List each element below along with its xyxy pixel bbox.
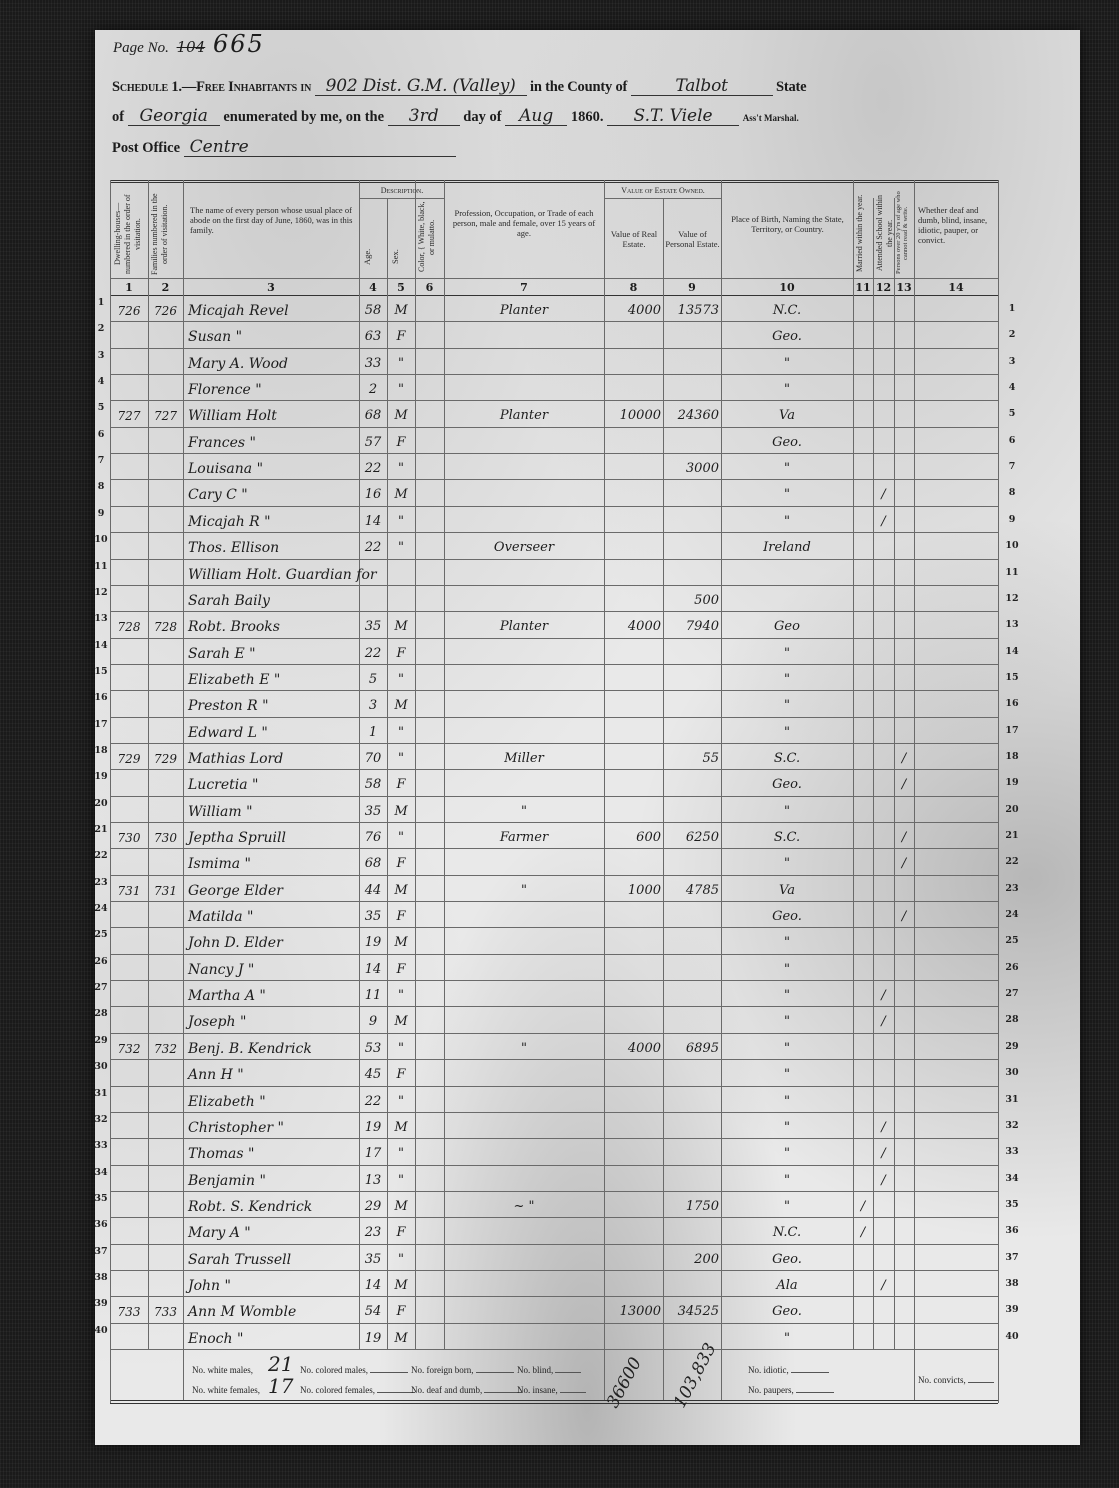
cell-birthplace: " bbox=[721, 488, 853, 502]
col-number: 1 bbox=[110, 281, 148, 295]
cell-age: 13 bbox=[359, 1174, 387, 1188]
col-header-illiterate: Persons over 20 y'rs of age who cannot r… bbox=[895, 190, 913, 276]
grid-line bbox=[110, 1033, 998, 1034]
cell-age: 58 bbox=[359, 778, 387, 792]
cell-sex: F bbox=[387, 857, 415, 871]
line-number-left: 26 bbox=[92, 956, 110, 967]
white-females-label: No. white females, bbox=[192, 1385, 260, 1395]
cell-illiterate: / bbox=[894, 910, 914, 924]
cell-real-estate: 4000 bbox=[604, 1042, 661, 1056]
cell-birthplace: Ireland bbox=[721, 541, 853, 555]
col-header-birthplace: Place of Birth, Naming the State, Territ… bbox=[724, 214, 851, 234]
cell-school: / bbox=[873, 1121, 894, 1135]
cell-name: William " bbox=[188, 805, 360, 819]
line-number-right: 27 bbox=[1003, 988, 1021, 999]
cell-personal-estate: 6250 bbox=[663, 831, 719, 845]
colored-females-label: No. colored females, bbox=[300, 1385, 375, 1395]
line-number-left: 17 bbox=[92, 719, 110, 730]
cell-school: / bbox=[873, 989, 894, 1003]
line-number-left: 3 bbox=[92, 350, 110, 361]
grid-line bbox=[110, 400, 998, 401]
cell-birthplace: Geo. bbox=[721, 1253, 853, 1267]
blind-field: No. blind, bbox=[517, 1365, 581, 1375]
cell-sex: " bbox=[387, 1095, 415, 1109]
grid-line bbox=[110, 822, 998, 823]
cell-sex: F bbox=[387, 1068, 415, 1082]
idiotic-label: No. idiotic, bbox=[748, 1365, 789, 1375]
cell-dwelling: 728 bbox=[110, 620, 148, 634]
grid-line bbox=[183, 180, 184, 1349]
cell-sex: M bbox=[387, 1332, 415, 1346]
insane-label: No. insane, bbox=[517, 1385, 558, 1395]
cell-personal-estate: 500 bbox=[663, 594, 719, 608]
line-number-right: 16 bbox=[1003, 698, 1021, 709]
cell-age: 19 bbox=[359, 1332, 387, 1346]
cell-sex: " bbox=[387, 989, 415, 1003]
cell-sex: " bbox=[387, 357, 415, 371]
cell-birthplace: " bbox=[721, 726, 853, 740]
grid-line bbox=[110, 1349, 998, 1350]
line-number-left: 13 bbox=[92, 613, 110, 624]
line-number-right: 10 bbox=[1003, 540, 1021, 551]
cell-school: / bbox=[873, 515, 894, 529]
grid-line bbox=[110, 1244, 998, 1245]
grid-line bbox=[110, 1323, 998, 1324]
cell-sex: " bbox=[387, 831, 415, 845]
line-number-right: 15 bbox=[1003, 672, 1021, 683]
cell-age: 68 bbox=[359, 409, 387, 423]
line-number-right: 2 bbox=[1003, 329, 1021, 340]
line-number-left: 32 bbox=[92, 1114, 110, 1125]
insane-field: No. insane, bbox=[517, 1385, 586, 1395]
line-number-right: 33 bbox=[1003, 1146, 1021, 1157]
grid-line bbox=[110, 664, 998, 665]
cell-sex: F bbox=[387, 778, 415, 792]
cell-sex: M bbox=[387, 936, 415, 950]
line-number-right: 9 bbox=[1003, 514, 1021, 525]
cell-sex: F bbox=[387, 436, 415, 450]
grid-line bbox=[110, 180, 998, 181]
cell-dwelling: 726 bbox=[110, 304, 148, 318]
line-number-left: 9 bbox=[92, 508, 110, 519]
line-number-left: 1 bbox=[92, 297, 110, 308]
cell-sex: F bbox=[387, 1226, 415, 1240]
cell-sex: M bbox=[387, 304, 415, 318]
grid-line bbox=[110, 348, 998, 349]
cell-birthplace: " bbox=[721, 1068, 853, 1082]
cell-sex: M bbox=[387, 620, 415, 634]
cell-name: Matilda " bbox=[188, 910, 360, 924]
cell-sex: " bbox=[387, 541, 415, 555]
cell-birthplace: Va bbox=[721, 884, 853, 898]
grid-line bbox=[110, 1059, 998, 1060]
cell-name: Sarah E " bbox=[188, 647, 360, 661]
cell-birthplace: " bbox=[721, 989, 853, 1003]
line-number-right: 30 bbox=[1003, 1067, 1021, 1078]
line-number-left: 28 bbox=[92, 1008, 110, 1019]
cell-age: 44 bbox=[359, 884, 387, 898]
col-number: 7 bbox=[444, 281, 604, 295]
cell-name: Louisana " bbox=[188, 462, 360, 476]
cell-family: 731 bbox=[148, 884, 183, 898]
col-number: 10 bbox=[721, 281, 853, 295]
cell-personal-estate: 1750 bbox=[663, 1200, 719, 1214]
cell-age: 33 bbox=[359, 357, 387, 371]
cell-name: Nancy J " bbox=[188, 963, 360, 977]
cell-sex: F bbox=[387, 647, 415, 661]
cell-birthplace: Ala bbox=[721, 1279, 853, 1293]
cell-personal-estate: 4785 bbox=[663, 884, 719, 898]
colored-females-field: No. colored females, bbox=[300, 1385, 415, 1395]
line-number-right: 11 bbox=[1003, 567, 1021, 578]
cell-birthplace: Va bbox=[721, 409, 853, 423]
grid-line bbox=[110, 690, 998, 691]
grid-line bbox=[110, 1086, 998, 1087]
grid-line bbox=[110, 278, 998, 279]
cell-name: Sarah Baily bbox=[188, 594, 360, 608]
cell-name: George Elder bbox=[188, 884, 360, 898]
grid-line bbox=[110, 717, 998, 718]
cell-age: 35 bbox=[359, 620, 387, 634]
col-header-real-estate: Value of Real Estate. bbox=[606, 229, 662, 249]
cell-dwelling: 732 bbox=[110, 1042, 148, 1056]
cell-age: 1 bbox=[359, 726, 387, 740]
white-females-value: 17 bbox=[268, 1374, 293, 1398]
grid-line bbox=[110, 1138, 998, 1139]
cell-birthplace: " bbox=[721, 357, 853, 371]
cell-sex: M bbox=[387, 699, 415, 713]
cell-name: William Holt bbox=[188, 409, 360, 423]
grid-line bbox=[110, 1191, 998, 1192]
line-number-left: 37 bbox=[92, 1246, 110, 1257]
cell-birthplace: " bbox=[721, 647, 853, 661]
cell-birthplace: " bbox=[721, 1147, 853, 1161]
cell-birthplace: " bbox=[721, 673, 853, 687]
line-number-right: 36 bbox=[1003, 1225, 1021, 1236]
cell-age: 68 bbox=[359, 857, 387, 871]
cell-name: Frances " bbox=[188, 436, 360, 450]
cell-age: 19 bbox=[359, 1121, 387, 1135]
cell-sex: " bbox=[387, 1147, 415, 1161]
cell-name: Micajah R " bbox=[188, 515, 360, 529]
cell-sex: M bbox=[387, 884, 415, 898]
cell-personal-estate: 200 bbox=[663, 1253, 719, 1267]
col-number: 12 bbox=[873, 281, 894, 295]
cell-school: / bbox=[873, 488, 894, 502]
cell-real-estate: 10000 bbox=[604, 409, 661, 423]
grid-line bbox=[110, 848, 998, 849]
cell-name: Preston R " bbox=[188, 699, 360, 713]
cell-name: Thomas " bbox=[188, 1147, 360, 1161]
grid-line bbox=[110, 453, 998, 454]
grid-line bbox=[110, 1296, 998, 1297]
cell-birthplace: " bbox=[721, 383, 853, 397]
cell-family: 727 bbox=[148, 409, 183, 423]
cell-sex: " bbox=[387, 515, 415, 529]
cell-sex: " bbox=[387, 726, 415, 740]
line-number-right: 13 bbox=[1003, 619, 1021, 630]
line-number-right: 32 bbox=[1003, 1120, 1021, 1131]
cell-birthplace: " bbox=[721, 963, 853, 977]
cell-birthplace: " bbox=[721, 1174, 853, 1188]
cell-dwelling: 730 bbox=[110, 831, 148, 845]
cell-sex: " bbox=[387, 462, 415, 476]
cell-age: 9 bbox=[359, 1015, 387, 1029]
cell-name: John " bbox=[188, 1279, 360, 1293]
line-number-right: 23 bbox=[1003, 883, 1021, 894]
cell-occupation: " bbox=[448, 805, 600, 819]
col-header-name: The name of every person whose usual pla… bbox=[190, 205, 355, 235]
grid-line bbox=[110, 743, 998, 744]
cell-family: 733 bbox=[148, 1305, 183, 1319]
blind-label: No. blind, bbox=[517, 1365, 553, 1375]
grid-line bbox=[110, 479, 998, 480]
cell-sex: " bbox=[387, 752, 415, 766]
cell-name: Mary A " bbox=[188, 1226, 360, 1240]
cell-dwelling: 727 bbox=[110, 409, 148, 423]
cell-name: William Holt. Guardian for bbox=[188, 568, 360, 582]
line-number-left: 15 bbox=[92, 666, 110, 677]
line-number-right: 21 bbox=[1003, 830, 1021, 841]
cell-age: 5 bbox=[359, 673, 387, 687]
col-number: 9 bbox=[663, 281, 721, 295]
grid-line bbox=[663, 1349, 664, 1400]
convicts-label: No. convicts, bbox=[918, 1375, 966, 1385]
cell-sex: M bbox=[387, 1015, 415, 1029]
cell-name: Jeptha Spruill bbox=[188, 831, 360, 845]
cell-age: 76 bbox=[359, 831, 387, 845]
line-number-right: 38 bbox=[1003, 1278, 1021, 1289]
cell-school: / bbox=[873, 1174, 894, 1188]
cell-occupation: Overseer bbox=[448, 541, 600, 555]
cell-personal-estate: 24360 bbox=[663, 409, 719, 423]
line-number-left: 6 bbox=[92, 429, 110, 440]
cell-age: 19 bbox=[359, 936, 387, 950]
cell-birthplace: " bbox=[721, 936, 853, 950]
line-number-left: 21 bbox=[92, 824, 110, 835]
cell-name: John D. Elder bbox=[188, 936, 360, 950]
cell-name: Martha A " bbox=[188, 989, 360, 1003]
col-number: 8 bbox=[604, 281, 663, 295]
cell-name: Mathias Lord bbox=[188, 752, 360, 766]
cell-birthplace: S.C. bbox=[721, 831, 853, 845]
line-number-right: 12 bbox=[1003, 593, 1021, 604]
cell-school: / bbox=[873, 1147, 894, 1161]
cell-age: 54 bbox=[359, 1305, 387, 1319]
cell-dwelling: 733 bbox=[110, 1305, 148, 1319]
idiotic-field: No. idiotic, bbox=[748, 1365, 829, 1375]
line-number-right: 37 bbox=[1003, 1252, 1021, 1263]
cell-sex: F bbox=[387, 963, 415, 977]
cell-sex: " bbox=[387, 1174, 415, 1188]
cell-name: Robt. Brooks bbox=[188, 620, 360, 634]
line-number-right: 3 bbox=[1003, 356, 1021, 367]
col-number: 13 bbox=[894, 281, 914, 295]
cell-name: Elizabeth E " bbox=[188, 673, 360, 687]
cell-sex: M bbox=[387, 1279, 415, 1293]
cell-age: 22 bbox=[359, 1095, 387, 1109]
cell-sex: F bbox=[387, 910, 415, 924]
cell-age: 23 bbox=[359, 1226, 387, 1240]
cell-birthplace: " bbox=[721, 805, 853, 819]
cell-school: / bbox=[873, 1279, 894, 1293]
cell-personal-estate: 34525 bbox=[663, 1305, 719, 1319]
cell-name: Lucretia " bbox=[188, 778, 360, 792]
deaf-dumb-label: No. deaf and dumb, bbox=[411, 1385, 482, 1395]
cell-name: Ismima " bbox=[188, 857, 360, 871]
line-number-left: 35 bbox=[92, 1193, 110, 1204]
col-header-estate: Value of Estate Owned. bbox=[606, 186, 720, 196]
line-number-right: 19 bbox=[1003, 777, 1021, 788]
paupers-label: No. paupers, bbox=[748, 1385, 794, 1395]
line-number-left: 14 bbox=[92, 640, 110, 651]
line-number-left: 34 bbox=[92, 1167, 110, 1178]
col-header-description: Description. bbox=[360, 186, 444, 196]
cell-name: Sarah Trussell bbox=[188, 1253, 360, 1267]
line-number-right: 34 bbox=[1003, 1173, 1021, 1184]
cell-illiterate: / bbox=[894, 778, 914, 792]
cell-dwelling: 729 bbox=[110, 752, 148, 766]
white-males-value: 21 bbox=[268, 1352, 293, 1376]
line-number-left: 39 bbox=[92, 1298, 110, 1309]
cell-name: Thos. Ellison bbox=[188, 541, 360, 555]
cell-age: 70 bbox=[359, 752, 387, 766]
cell-birthplace: " bbox=[721, 1332, 853, 1346]
grid-line bbox=[110, 427, 998, 428]
grid-line bbox=[110, 875, 998, 876]
grid-line bbox=[110, 927, 998, 928]
line-number-right: 29 bbox=[1003, 1041, 1021, 1052]
grid-line bbox=[110, 638, 998, 639]
cell-family: 730 bbox=[148, 831, 183, 845]
cell-illiterate: / bbox=[894, 857, 914, 871]
grid-line bbox=[110, 374, 998, 375]
col-header-occupation: Profession, Occupation, or Trade of each… bbox=[448, 208, 600, 238]
foreign-born-label: No. foreign born, bbox=[411, 1365, 474, 1375]
line-number-left: 11 bbox=[92, 561, 110, 572]
cell-name: Florence " bbox=[188, 383, 360, 397]
cell-name: Ann H " bbox=[188, 1068, 360, 1082]
cell-illiterate: / bbox=[894, 831, 914, 845]
cell-sex: M bbox=[387, 1121, 415, 1135]
grid-line bbox=[110, 796, 998, 797]
cell-sex: " bbox=[387, 1042, 415, 1056]
line-number-left: 24 bbox=[92, 903, 110, 914]
col-number: 11 bbox=[853, 281, 873, 295]
grid-line bbox=[110, 1400, 998, 1401]
cell-birthplace: " bbox=[721, 699, 853, 713]
grid-line bbox=[110, 559, 998, 560]
cell-birthplace: Geo. bbox=[721, 778, 853, 792]
cell-birthplace: " bbox=[721, 1015, 853, 1029]
line-number-left: 4 bbox=[92, 376, 110, 387]
grid-line bbox=[110, 295, 998, 296]
line-number-right: 7 bbox=[1003, 461, 1021, 472]
grid-line bbox=[894, 198, 895, 1349]
grid-line bbox=[110, 532, 998, 533]
grid-line bbox=[110, 954, 998, 955]
cell-age: 45 bbox=[359, 1068, 387, 1082]
line-number-left: 22 bbox=[92, 850, 110, 861]
line-number-right: 25 bbox=[1003, 935, 1021, 946]
line-number-left: 2 bbox=[92, 323, 110, 334]
cell-real-estate: 4000 bbox=[604, 304, 661, 318]
grid-line bbox=[110, 182, 998, 183]
cell-birthplace: Geo bbox=[721, 620, 853, 634]
line-number-right: 28 bbox=[1003, 1014, 1021, 1025]
cell-sex: M bbox=[387, 409, 415, 423]
cell-birthplace: " bbox=[721, 1095, 853, 1109]
cell-name: Robt. S. Kendrick bbox=[188, 1200, 360, 1214]
cell-birthplace: " bbox=[721, 515, 853, 529]
grid-line bbox=[110, 1217, 998, 1218]
line-number-right: 17 bbox=[1003, 725, 1021, 736]
cell-name: Enoch " bbox=[188, 1332, 360, 1346]
line-number-left: 19 bbox=[92, 771, 110, 782]
cell-birthplace: S.C. bbox=[721, 752, 853, 766]
cell-age: 14 bbox=[359, 1279, 387, 1293]
line-number-right: 14 bbox=[1003, 646, 1021, 657]
line-number-left: 36 bbox=[92, 1219, 110, 1230]
cell-name: Micajah Revel bbox=[188, 304, 360, 318]
line-number-right: 8 bbox=[1003, 487, 1021, 498]
cell-birthplace: N.C. bbox=[721, 1226, 853, 1240]
cell-family: 728 bbox=[148, 620, 183, 634]
white-males-label: No. white males, bbox=[192, 1365, 253, 1375]
colored-males-label: No. colored males, bbox=[300, 1365, 368, 1375]
cell-personal-estate: 3000 bbox=[663, 462, 719, 476]
cell-occupation: Miller bbox=[448, 752, 600, 766]
cell-occupation: Planter bbox=[448, 304, 600, 318]
col-number: 3 bbox=[183, 281, 359, 295]
cell-age: 57 bbox=[359, 436, 387, 450]
cell-age: 22 bbox=[359, 541, 387, 555]
line-number-left: 20 bbox=[92, 798, 110, 809]
line-number-left: 27 bbox=[92, 982, 110, 993]
cell-sex: M bbox=[387, 488, 415, 502]
col-number: 5 bbox=[387, 281, 415, 295]
col-header-personal-estate: Value of Personal Estate. bbox=[665, 229, 720, 249]
cell-name: Benj. B. Kendrick bbox=[188, 1042, 360, 1056]
cell-age: 53 bbox=[359, 1042, 387, 1056]
line-number-left: 40 bbox=[92, 1325, 110, 1336]
cell-sex: F bbox=[387, 330, 415, 344]
white-males-field: No. white males, bbox=[192, 1365, 253, 1375]
cell-illiterate: / bbox=[894, 752, 914, 766]
grid-line bbox=[110, 1006, 998, 1007]
line-number-right: 24 bbox=[1003, 909, 1021, 920]
cell-name: Christopher " bbox=[188, 1121, 360, 1135]
grid-line bbox=[914, 1349, 915, 1400]
cell-sex: " bbox=[387, 673, 415, 687]
cell-age: 35 bbox=[359, 805, 387, 819]
cell-personal-estate: 7940 bbox=[663, 620, 719, 634]
line-number-left: 29 bbox=[92, 1035, 110, 1046]
cell-occupation: " bbox=[448, 884, 600, 898]
line-number-right: 1 bbox=[1003, 303, 1021, 314]
line-number-right: 6 bbox=[1003, 435, 1021, 446]
cell-sex: " bbox=[387, 1253, 415, 1267]
cell-age: 29 bbox=[359, 1200, 387, 1214]
cell-occupation: ~ " bbox=[448, 1200, 600, 1214]
line-number-left: 33 bbox=[92, 1140, 110, 1151]
grid-line bbox=[604, 180, 605, 1349]
grid-line bbox=[110, 1270, 998, 1271]
cell-family: 729 bbox=[148, 752, 183, 766]
cell-birthplace: Geo. bbox=[721, 1305, 853, 1319]
cell-real-estate: 4000 bbox=[604, 620, 661, 634]
line-number-left: 12 bbox=[92, 587, 110, 598]
